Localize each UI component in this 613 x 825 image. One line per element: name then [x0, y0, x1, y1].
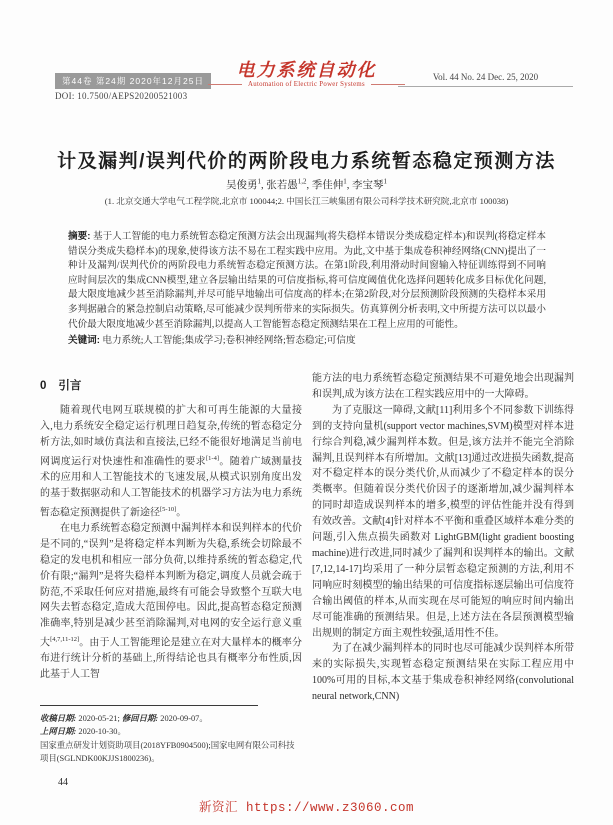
abstract-text: 基于人工智能的电力系统暂态稳定预测方法会出现漏判(将失稳样本错误分类成稳定样本)… — [68, 231, 546, 330]
volume-info: Vol. 44 No. 24 Dec. 25, 2020 — [398, 72, 573, 87]
section-title: 引言 — [58, 380, 81, 392]
author: 李宝琴 — [352, 180, 384, 191]
revised-date-label: 修回日期: — [122, 714, 158, 723]
paragraph: 为了克服这一障碍,文献[11]利用多个不同参数下训练得到的支持向量机(suppo… — [312, 403, 574, 642]
reference-mark: [4,7,11-12] — [50, 636, 79, 643]
paragraph-text: 。由于人工智能理论是建立在对大量样本的概率分布进行统计分析的基础上,所得结论也具… — [40, 638, 302, 681]
author-separator: , — [307, 180, 310, 191]
section-number: 0 — [40, 380, 46, 392]
author-separator: , — [261, 180, 264, 191]
footnote-block: 收稿日期: 2020-05-21; 修回日期: 2020-09-07。 上网日期… — [40, 705, 302, 766]
author: 季佳伸 — [312, 180, 344, 191]
author: 吴俊勇 — [226, 180, 258, 191]
paragraph-text: 。 — [176, 507, 186, 518]
section-heading-introduction: 0引言 — [40, 379, 302, 395]
footnote-online-date: 上网日期: 2020-10-30。 — [40, 725, 302, 738]
author: 张若愚 — [266, 180, 298, 191]
watermark-link[interactable]: 新资汇 https://www.z3060.com — [0, 797, 613, 815]
paragraph: 在电力系统暂态稳定预测中漏判样本和误判样本的代价是不同的,“误判”是将稳定样本判… — [40, 521, 302, 683]
affiliation-line: (1. 北京交通大学电气工程学院,北京市 100044;2. 中国长江三峡集团有… — [0, 195, 613, 207]
footnote-dates: 收稿日期: 2020-05-21; 修回日期: 2020-09-07。 — [40, 712, 302, 725]
author-separator: , — [347, 180, 350, 191]
abstract-block: 摘要: 基于人工智能的电力系统暂态稳定预测方法会出现漏判(将失稳样本错误分类成稳… — [68, 230, 546, 349]
body-column-right: 能方法的电力系统暂态稳定预测结果不可避免地会出现漏判和误判,成为该方法在工程实践… — [312, 371, 574, 705]
paragraph-text: 在电力系统暂态稳定预测中漏判样本和误判样本的代价是不同的,“误判”是将稳定样本判… — [40, 523, 302, 649]
reference-mark: [5-10] — [160, 506, 176, 513]
masthead-rule-left — [208, 84, 242, 85]
footnote-divider — [40, 705, 258, 706]
author-affil-mark: 1,2 — [298, 178, 307, 186]
received-date-label: 收稿日期: — [40, 714, 76, 723]
paper-title: 计及漏判/误判代价的两阶段电力系统暂态稳定预测方法 — [0, 146, 613, 173]
revised-date: 2020-09-07。 — [158, 714, 208, 723]
abstract-paragraph: 摘要: 基于人工智能的电力系统暂态稳定预测方法会出现漏判(将失稳样本错误分类成稳… — [68, 230, 546, 332]
doi-text: DOI: 10.7500/AEPS20200521003 — [55, 91, 187, 101]
keywords-line: 关键词: 电力系统;人工智能;集成学习;卷积神经网络;暂态稳定;可信度 — [68, 334, 546, 349]
paragraph: 为了在减少漏判样本的同时也尽可能减少误判样本所带来的实际损失,实现暂态稳定预测结… — [312, 641, 574, 705]
keywords-text: 电力系统;人工智能;集成学习;卷积神经网络;暂态稳定;可信度 — [102, 335, 355, 346]
keywords-label: 关键词: — [68, 335, 100, 346]
author-line: 吴俊勇1, 张若愚1,2, 季佳伸1, 李宝琴1 — [0, 177, 613, 192]
abstract-label: 摘要: — [68, 231, 90, 242]
page-number: 44 — [58, 777, 68, 788]
footnote-funding: 国家重点研发计划资助项目(2018YFB0904500);国家电网有限公司科技项… — [40, 739, 302, 766]
online-date-label: 上网日期: — [40, 727, 76, 736]
author-affil-mark: 1 — [384, 178, 388, 186]
received-date: 2020-05-21; — [76, 714, 122, 723]
paragraph: 能方法的电力系统暂态稳定预测结果不可避免地会出现漏判和误判,成为该方法在工程实践… — [312, 371, 574, 403]
body-column-left: 0引言 随着现代电网互联规模的扩大和可再生能源的大量接入,电力系统安全稳定运行机… — [40, 379, 302, 683]
reference-mark: [1-4] — [206, 455, 219, 462]
journal-name-en: Automation of Electric Power Systems — [248, 81, 365, 88]
online-date: 2020-10-30。 — [76, 727, 126, 736]
paragraph: 随着现代电网互联规模的扩大和可再生能源的大量接入,电力系统安全稳定运行机理日趋复… — [40, 403, 302, 521]
